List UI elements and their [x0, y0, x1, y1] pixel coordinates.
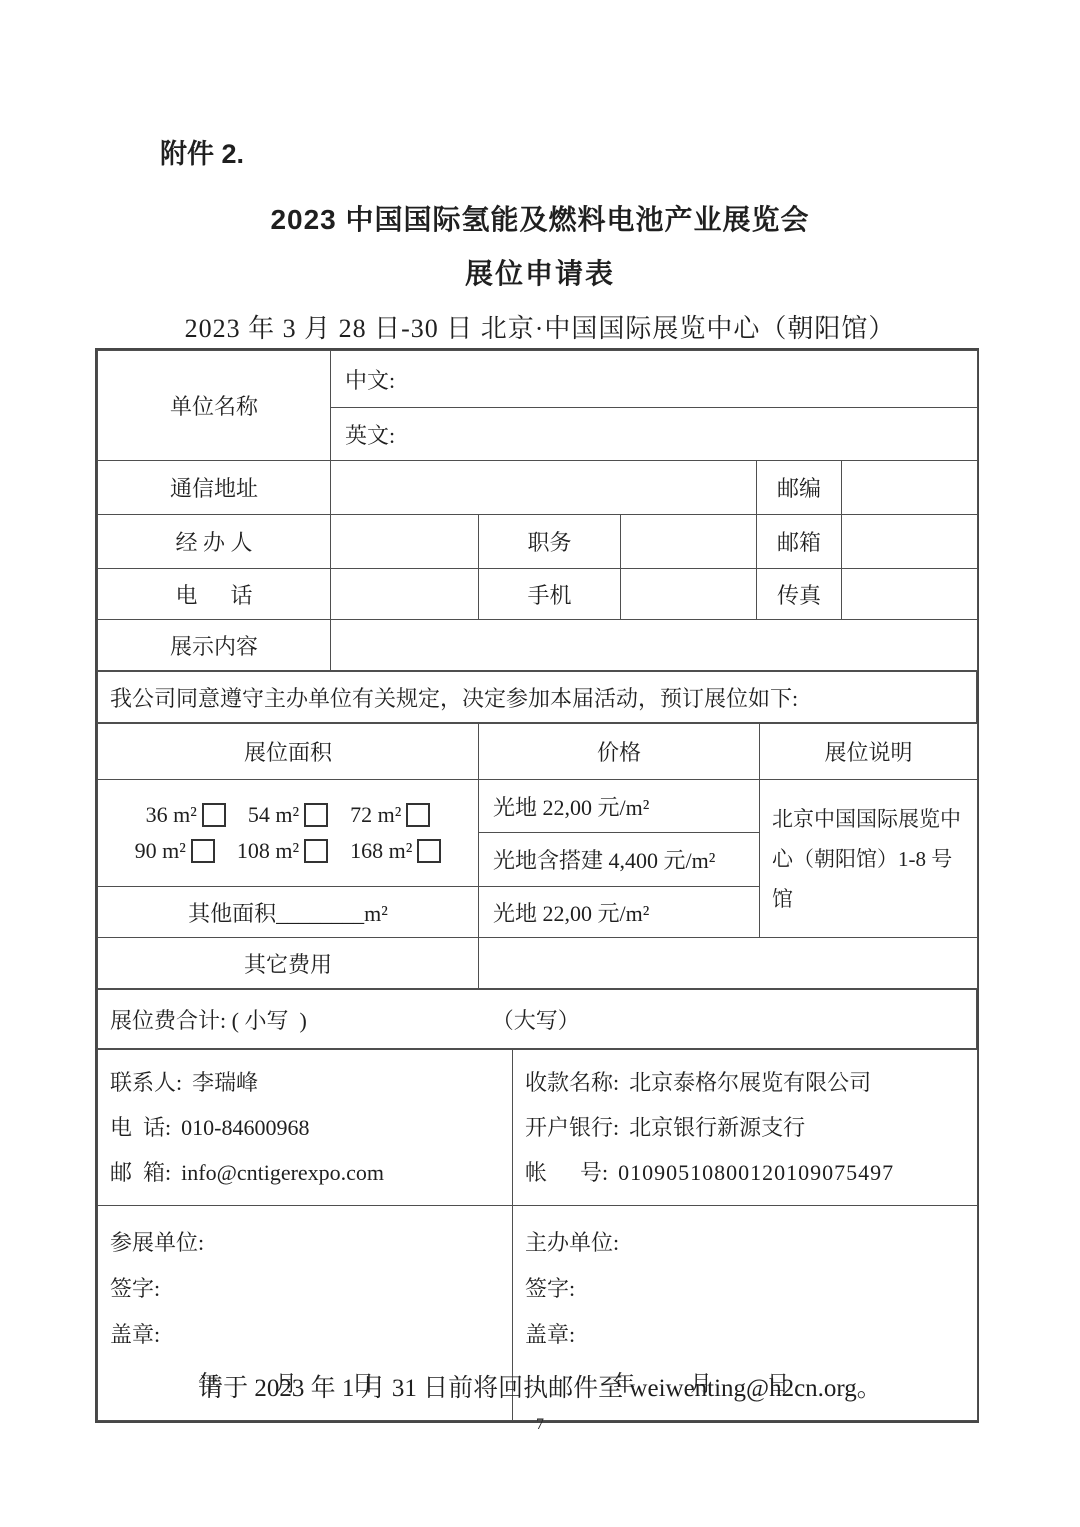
booth-option-36-checkbox[interactable] — [202, 803, 226, 827]
exhibit-content-field — [331, 620, 978, 671]
area-header: 展位面积 — [98, 724, 479, 780]
booth-option-168-label: 168 m² — [350, 838, 412, 864]
contact-person-line: 联系人:李瑞峰 — [110, 1060, 512, 1105]
company-name-cn-field: 中文: — [331, 351, 978, 408]
mobile-label: 手机 — [479, 569, 621, 620]
contact-phone-line: 电 话:010-84600968 — [110, 1105, 512, 1150]
account-label: 帐 号: — [525, 1150, 608, 1195]
payee-label: 收款名称: — [525, 1060, 619, 1105]
other-area-label: 其他面积________m² — [98, 887, 479, 938]
postcode-field — [842, 461, 978, 515]
price-other: 光地 22,00 元/m² — [479, 887, 760, 938]
booth-option-90-label: 90 m² — [135, 838, 186, 864]
company-name-en-field: 英文: — [331, 408, 978, 461]
return-deadline-note: 请于 2023 年 1 月 31 日前将回执邮件至 weiwenting@h2c… — [0, 1368, 1080, 1404]
booth-option-168-checkbox[interactable] — [417, 839, 441, 863]
booth-option-72-checkbox[interactable] — [406, 803, 430, 827]
desc-header: 展位说明 — [760, 724, 978, 780]
booth-option-168: 168 m² — [350, 838, 441, 864]
address-field — [331, 461, 757, 515]
booth-description: 北京中国国际展览中心（朝阳馆）1-8 号馆 — [760, 780, 978, 938]
organizer-sign-label: 签字: — [525, 1266, 977, 1312]
contact-person-value: 李瑞峰 — [192, 1060, 258, 1105]
agreement-text: 我公司同意遵守主办单位有关规定，决定参加本届活动，预订展位如下: — [98, 672, 977, 723]
contact-phone-value: 010-84600968 — [181, 1105, 309, 1150]
booth-option-54-label: 54 m² — [248, 802, 299, 828]
phone-field — [331, 569, 479, 620]
booth-options-row2: 90 m² 108 m² 168 m² — [135, 838, 442, 864]
bank-value: 北京银行新源支行 — [629, 1105, 805, 1150]
contact-phone-label: 电 话: — [110, 1105, 171, 1150]
bank-label: 开户银行: — [525, 1105, 619, 1150]
contact-signature-table: 联系人:李瑞峰 电 话:010-84600968 邮 箱:info@cntige… — [97, 1049, 978, 1421]
account-value: 01090510800120109075497 — [618, 1150, 894, 1195]
booth-option-108-label: 108 m² — [237, 838, 299, 864]
contact-email-label: 邮 箱: — [110, 1150, 171, 1195]
email-field — [842, 515, 978, 569]
contact-email-line: 邮 箱:info@cntigerexpo.com — [110, 1150, 512, 1195]
other-fee-field — [479, 938, 978, 989]
booth-options-cell: 36 m² 54 m² 72 m² 90 m² 108 m² 168 m² — [98, 780, 479, 887]
contact-person-label: 联系人: — [110, 1060, 182, 1105]
booth-table: 展位面积 价格 展位说明 36 m² 54 m² 72 m² 90 m² 108 — [97, 723, 978, 989]
price-with-build: 光地含搭建 4,400 元/m² — [479, 833, 760, 887]
date-venue-line: 2023 年 3 月 28 日-30 日 北京·中国国际展览中心（朝阳馆） — [0, 308, 1080, 345]
booth-option-108-checkbox[interactable] — [304, 839, 328, 863]
postcode-label: 邮编 — [757, 461, 842, 515]
exhibitor-sign-label: 签字: — [110, 1266, 512, 1312]
booth-option-36-label: 36 m² — [146, 802, 197, 828]
company-name-label: 单位名称 — [98, 351, 331, 461]
price-header: 价格 — [479, 724, 760, 780]
organizer-label: 主办单位: — [525, 1220, 977, 1266]
fax-field — [842, 569, 978, 620]
booth-option-72-label: 72 m² — [350, 802, 401, 828]
booth-option-90-checkbox[interactable] — [191, 839, 215, 863]
payee-line: 收款名称:北京泰格尔展览有限公司 — [525, 1060, 977, 1105]
booth-option-36: 36 m² — [146, 802, 226, 828]
address-label: 通信地址 — [98, 461, 331, 515]
contact-email-value: info@cntigerexpo.com — [181, 1150, 384, 1195]
exhibitor-label: 参展单位: — [110, 1220, 512, 1266]
fax-label: 传真 — [757, 569, 842, 620]
exhibit-content-label: 展示内容 — [98, 620, 331, 671]
total-caps-label: （大写） — [492, 1004, 580, 1035]
total-row: 展位费合计: ( 小写 ) （大写） — [98, 990, 977, 1049]
application-form-table: 单位名称 中文: 英文: 通信地址 邮编 经 办 人 职务 邮箱 电 — [95, 348, 979, 1423]
booth-option-90: 90 m² — [135, 838, 215, 864]
account-line: 帐 号:01090510800120109075497 — [525, 1150, 977, 1195]
phone-label: 电 话 — [98, 569, 331, 620]
booth-option-54: 54 m² — [248, 802, 328, 828]
payee-value: 北京泰格尔展览有限公司 — [629, 1060, 871, 1105]
total-label: 展位费合计: ( 小写 ) — [110, 1004, 307, 1035]
other-fee-label: 其它费用 — [98, 938, 479, 989]
exhibitor-seal-label: 盖章: — [110, 1312, 512, 1358]
booth-options-row1: 36 m² 54 m² 72 m² — [146, 802, 431, 828]
page-number: 7 — [0, 1416, 1080, 1434]
page-subtitle: 展位申请表 — [0, 252, 1080, 292]
bank-info-cell: 收款名称:北京泰格尔展览有限公司 开户银行:北京银行新源支行 帐 号:01090… — [513, 1050, 978, 1206]
attachment-label: 附件 2. — [160, 132, 244, 171]
handler-label: 经 办 人 — [98, 515, 331, 569]
agreement-table: 我公司同意遵守主办单位有关规定，决定参加本届活动，预订展位如下: — [97, 671, 977, 723]
page-title: 2023 中国国际氢能及燃料电池产业展览会 — [0, 198, 1080, 238]
bank-line: 开户银行:北京银行新源支行 — [525, 1105, 977, 1150]
booth-option-72: 72 m² — [350, 802, 430, 828]
organizer-contact-cell: 联系人:李瑞峰 电 话:010-84600968 邮 箱:info@cntige… — [98, 1050, 513, 1206]
organizer-seal-label: 盖章: — [525, 1312, 977, 1358]
handler-field — [331, 515, 479, 569]
position-label: 职务 — [479, 515, 621, 569]
total-table: 展位费合计: ( 小写 ) （大写） — [97, 989, 977, 1049]
booth-option-108: 108 m² — [237, 838, 328, 864]
position-field — [621, 515, 757, 569]
form-page: 附件 2. 2023 中国国际氢能及燃料电池产业展览会 展位申请表 2023 年… — [0, 0, 1080, 1527]
company-info-table: 单位名称 中文: 英文: 通信地址 邮编 经 办 人 职务 邮箱 电 — [97, 350, 978, 671]
mobile-field — [621, 569, 757, 620]
booth-option-54-checkbox[interactable] — [304, 803, 328, 827]
price-raw-space: 光地 22,00 元/m² — [479, 780, 760, 833]
email-label: 邮箱 — [757, 515, 842, 569]
